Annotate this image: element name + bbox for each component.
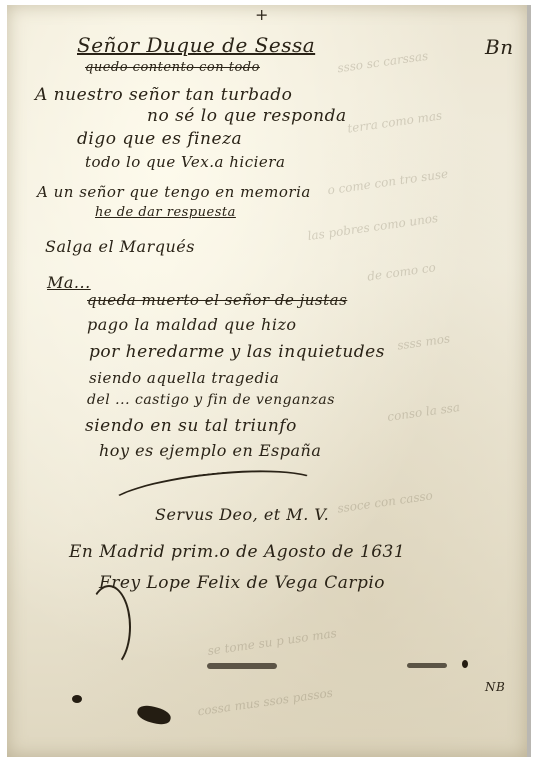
closing-formula: Servus Deo, et M. V. — [155, 505, 329, 524]
bleed-through-text: ssss mos — [396, 331, 451, 352]
letter-subheading: quedo contento con todo — [85, 60, 260, 75]
dateline: En Madrid prim.o de Agosto de 1631 — [69, 542, 405, 562]
ink-blot — [136, 703, 173, 727]
bleed-through-text: terra como mas — [346, 108, 442, 135]
stage-direction: Salga el Marqués — [45, 237, 195, 256]
speaker-label: Ma... — [47, 273, 91, 292]
text-line: digo que es fineza — [77, 129, 242, 149]
struck-line: queda muerto el señor de justas — [87, 291, 347, 309]
bleed-through-text: ssso sc carssas — [336, 49, 429, 76]
text-line: todo lo que Vex.a hiciera — [85, 153, 285, 171]
verse-line: del ... castigo y fin de venganzas — [87, 392, 335, 408]
bleed-through-text: de como co — [366, 260, 436, 283]
page-edge — [527, 5, 531, 757]
bleed-through-text: ssoce con casso — [336, 488, 433, 515]
ink-smear — [207, 663, 277, 669]
bleed-through-text: conso la ssa — [386, 400, 460, 424]
signature: Frey Lope Felix de Vega Carpio — [99, 573, 385, 593]
letter-heading: Señor Duque de Sessa — [77, 33, 315, 57]
verse-line: hoy es ejemplo en España — [99, 441, 321, 460]
ink-smear — [407, 663, 447, 668]
bleed-through-text: o come con tro suse — [327, 167, 449, 198]
verse-line: siendo en su tal triunfo — [85, 416, 297, 436]
verse-line: siendo aquella tragedia — [89, 369, 279, 387]
bleed-through-text: se tome su p uso mas — [207, 626, 338, 658]
text-line: no sé lo que responda — [147, 106, 347, 126]
margin-note-bottom-right: NB — [485, 680, 505, 694]
text-line: he de dar respuesta — [95, 205, 236, 220]
verse-line: por heredarme y las inquietudes — [89, 342, 385, 362]
bleed-through-text: cossa mus ssos passos — [197, 686, 334, 719]
manuscript-page: ssso sc carssas terra como mas o come co… — [7, 5, 527, 757]
top-cross-mark: + — [255, 5, 269, 24]
signature-rubric — [87, 585, 131, 669]
bleed-through-text: las pobres como unos — [307, 211, 439, 243]
text-line: A nuestro señor tan turbado — [35, 85, 292, 105]
margin-note-top-right: Bn — [485, 35, 514, 59]
verse-line: pago la maldad que hizo — [87, 315, 297, 334]
ink-blot — [72, 695, 82, 703]
text-line: A un señor que tengo en memoria — [37, 183, 311, 201]
ink-blot — [462, 660, 468, 668]
